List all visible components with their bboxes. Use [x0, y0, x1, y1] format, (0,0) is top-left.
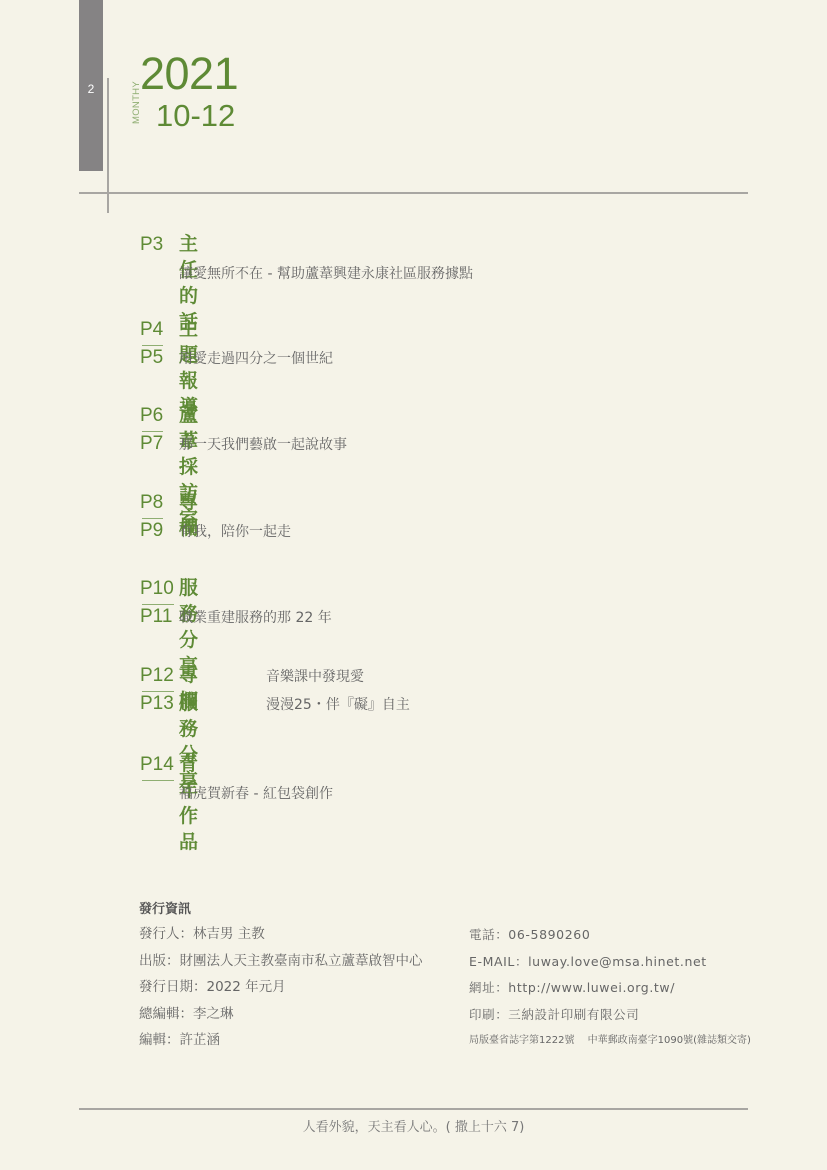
- toc-page-number: P10: [140, 577, 174, 601]
- page-number: 2: [79, 82, 103, 96]
- printer: 印刷：三納設計印刷有限公司: [469, 1005, 751, 1032]
- toc-article-title: 用愛走過四分之一個世紀: [179, 348, 333, 370]
- publication-info-right: 電話：06-5890260 E-MAIL：luway.love@msa.hine…: [469, 925, 751, 1058]
- toc-page-number: P5: [140, 346, 163, 370]
- toc-article-title: 職業重建服務的那 22 年: [179, 607, 332, 629]
- monthy-label: MONTHY: [131, 74, 142, 124]
- email[interactable]: E-MAIL：luway.love@msa.hinet.net: [469, 952, 751, 979]
- publisher: 發行人：林吉男 主教: [139, 924, 423, 951]
- issue-year: 2021: [140, 50, 238, 98]
- publish-date: 發行日期：2022 年元月: [139, 977, 423, 1004]
- toc-article-title: 那一天我們藝啟一起說故事: [179, 434, 347, 456]
- toc-page-number: P13: [140, 692, 174, 716]
- toc-page-number: P14: [140, 753, 174, 777]
- toc-page-number: P8: [140, 491, 163, 515]
- toc-page-number: P4: [140, 318, 163, 342]
- toc-page-number: P6: [140, 404, 163, 428]
- issue-months: 10-12: [156, 99, 235, 133]
- page-number-tab: 2: [79, 0, 103, 171]
- toc-article-title: 有我，陪你一起走: [179, 521, 291, 543]
- publication-info-left: 發行人：林吉男 主教 出版：財團法人天主教臺南市私立蘆葦啟智中心 發行日期：20…: [139, 924, 423, 1057]
- toc-article-title: 音樂課中發現愛: [266, 666, 364, 688]
- editor: 編輯：許芷涵: [139, 1030, 423, 1057]
- toc-article-title: 讓愛無所不在 - 幫助蘆葦興建永康社區服務據點: [179, 263, 473, 285]
- registration-numbers: 局版臺省誌字第1222號 中華郵政南臺字1090號(雜誌類交寄): [469, 1031, 751, 1058]
- footer-quote: 人看外貌，天主看人心。( 撒上十六 7): [0, 1116, 827, 1135]
- publication-info-heading: 發行資訊: [139, 898, 191, 917]
- header-divider: [79, 192, 748, 194]
- toc-page-number: P7: [140, 432, 163, 456]
- toc-page-number: P11: [140, 605, 172, 629]
- chief-editor: 總編輯：李之琳: [139, 1004, 423, 1031]
- toc-page-number: P12: [140, 664, 174, 688]
- website[interactable]: 網址：http://www.luwei.org.tw/: [469, 978, 751, 1005]
- phone: 電話：06-5890260: [469, 925, 751, 952]
- toc-page-number: P9: [140, 519, 163, 543]
- toc-page-number: P3: [140, 233, 163, 257]
- footer-divider: [79, 1108, 748, 1110]
- toc-article-title: 福虎賀新春 - 紅包袋創作: [179, 783, 333, 805]
- toc-article-title: 漫漫25・伴『礙』自主: [266, 694, 410, 716]
- published-by: 出版：財團法人天主教臺南市私立蘆葦啟智中心: [139, 951, 423, 978]
